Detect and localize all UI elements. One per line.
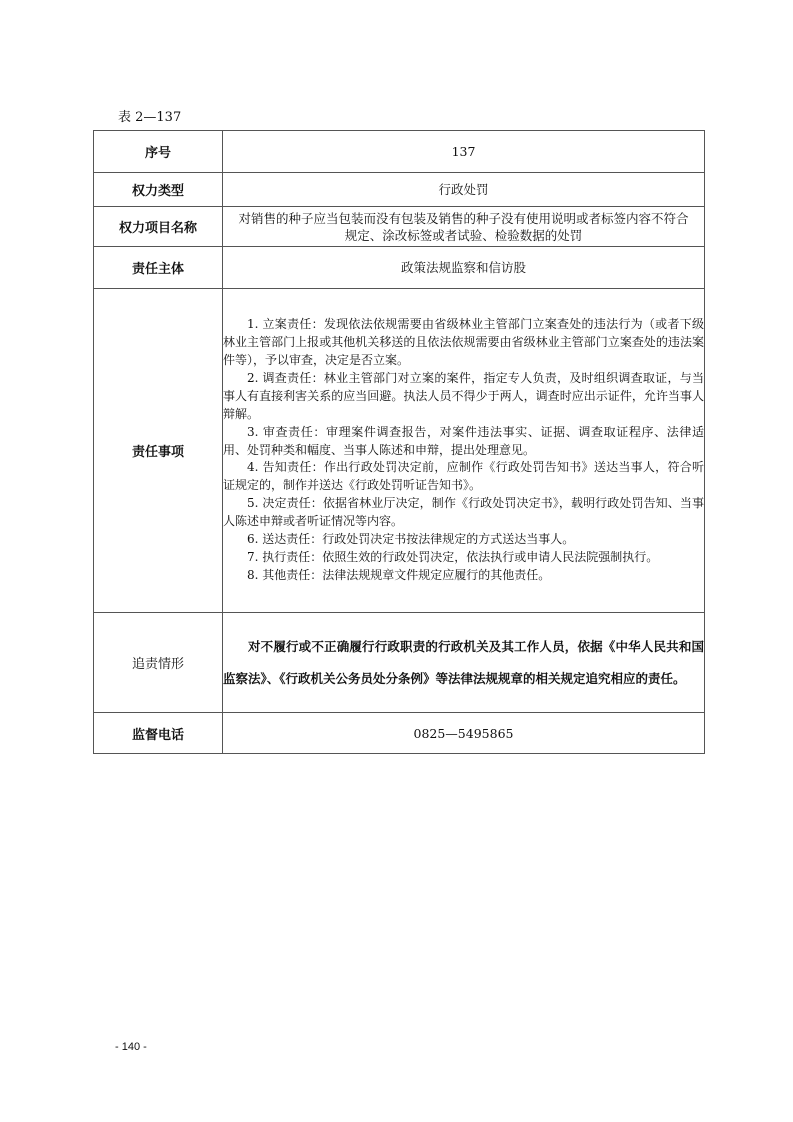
item-name-label: 权力项目名称 bbox=[94, 207, 223, 247]
subject-label: 责任主体 bbox=[94, 247, 223, 289]
duties-label: 责任事项 bbox=[94, 289, 223, 613]
row-serial: 序号 137 bbox=[94, 131, 705, 173]
row-phone: 监督电话 0825—5495865 bbox=[94, 713, 705, 754]
duty-item: 7. 执行责任：依照生效的行政处罚决定，依法执行或申请人民法院强制执行。 bbox=[223, 549, 704, 567]
row-duties: 责任事项 1. 立案责任：发现依法依规需要由省级林业主管部门立案查处的违法行为（… bbox=[94, 289, 705, 613]
accountability-value: 对不履行或不正确履行行政职责的行政机关及其工作人员，依据《中华人民共和国监察法》… bbox=[223, 613, 705, 713]
duty-item: 5. 决定责任：依据省林业厅决定，制作《行政处罚决定书》，载明行政处罚告知、当事… bbox=[223, 495, 704, 531]
page-number: - 140 - bbox=[115, 1041, 147, 1053]
duties-list: 1. 立案责任：发现依法依规需要由省级林业主管部门立案查处的违法行为（或者下级林… bbox=[223, 289, 705, 613]
duty-item: 2. 调查责任：林业主管部门对立案的案件，指定专人负责，及时组织调查取证，与当事… bbox=[223, 370, 704, 424]
power-type-value: 行政处罚 bbox=[223, 173, 705, 207]
accountability-label: 追责情形 bbox=[94, 613, 223, 713]
duty-item: 4. 告知责任：作出行政处罚决定前，应制作《行政处罚告知书》送达当事人，符合听证… bbox=[223, 459, 704, 495]
serial-label: 序号 bbox=[94, 131, 223, 173]
serial-value: 137 bbox=[223, 131, 705, 173]
duty-item: 6. 送达责任：行政处罚决定书按法律规定的方式送达当事人。 bbox=[223, 531, 704, 549]
power-type-label: 权力类型 bbox=[94, 173, 223, 207]
item-name-value: 对销售的种子应当包装而没有包装及销售的种子没有使用说明或者标签内容不符合规定、涂… bbox=[223, 207, 705, 247]
accountability-text: 对不履行或不正确履行行政职责的行政机关及其工作人员，依据《中华人民共和国监察法》… bbox=[223, 631, 704, 695]
row-accountability: 追责情形 对不履行或不正确履行行政职责的行政机关及其工作人员，依据《中华人民共和… bbox=[94, 613, 705, 713]
row-item-name: 权力项目名称 对销售的种子应当包装而没有包装及销售的种子没有使用说明或者标签内容… bbox=[94, 207, 705, 247]
phone-label: 监督电话 bbox=[94, 713, 223, 754]
duty-item: 8. 其他责任：法律法规规章文件规定应履行的其他责任。 bbox=[223, 567, 704, 585]
duty-item: 3. 审查责任：审理案件调查报告，对案件违法事实、证据、调查取证程序、法律适用、… bbox=[223, 424, 704, 460]
subject-value: 政策法规监察和信访股 bbox=[223, 247, 705, 289]
phone-value: 0825—5495865 bbox=[223, 713, 705, 754]
power-responsibility-table: 序号 137 权力类型 行政处罚 权力项目名称 对销售的种子应当包装而没有包装及… bbox=[93, 130, 705, 754]
row-subject: 责任主体 政策法规监察和信访股 bbox=[94, 247, 705, 289]
table-caption: 表 2—137 bbox=[118, 106, 181, 125]
duty-item: 1. 立案责任：发现依法依规需要由省级林业主管部门立案查处的违法行为（或者下级林… bbox=[223, 316, 704, 370]
row-power-type: 权力类型 行政处罚 bbox=[94, 173, 705, 207]
